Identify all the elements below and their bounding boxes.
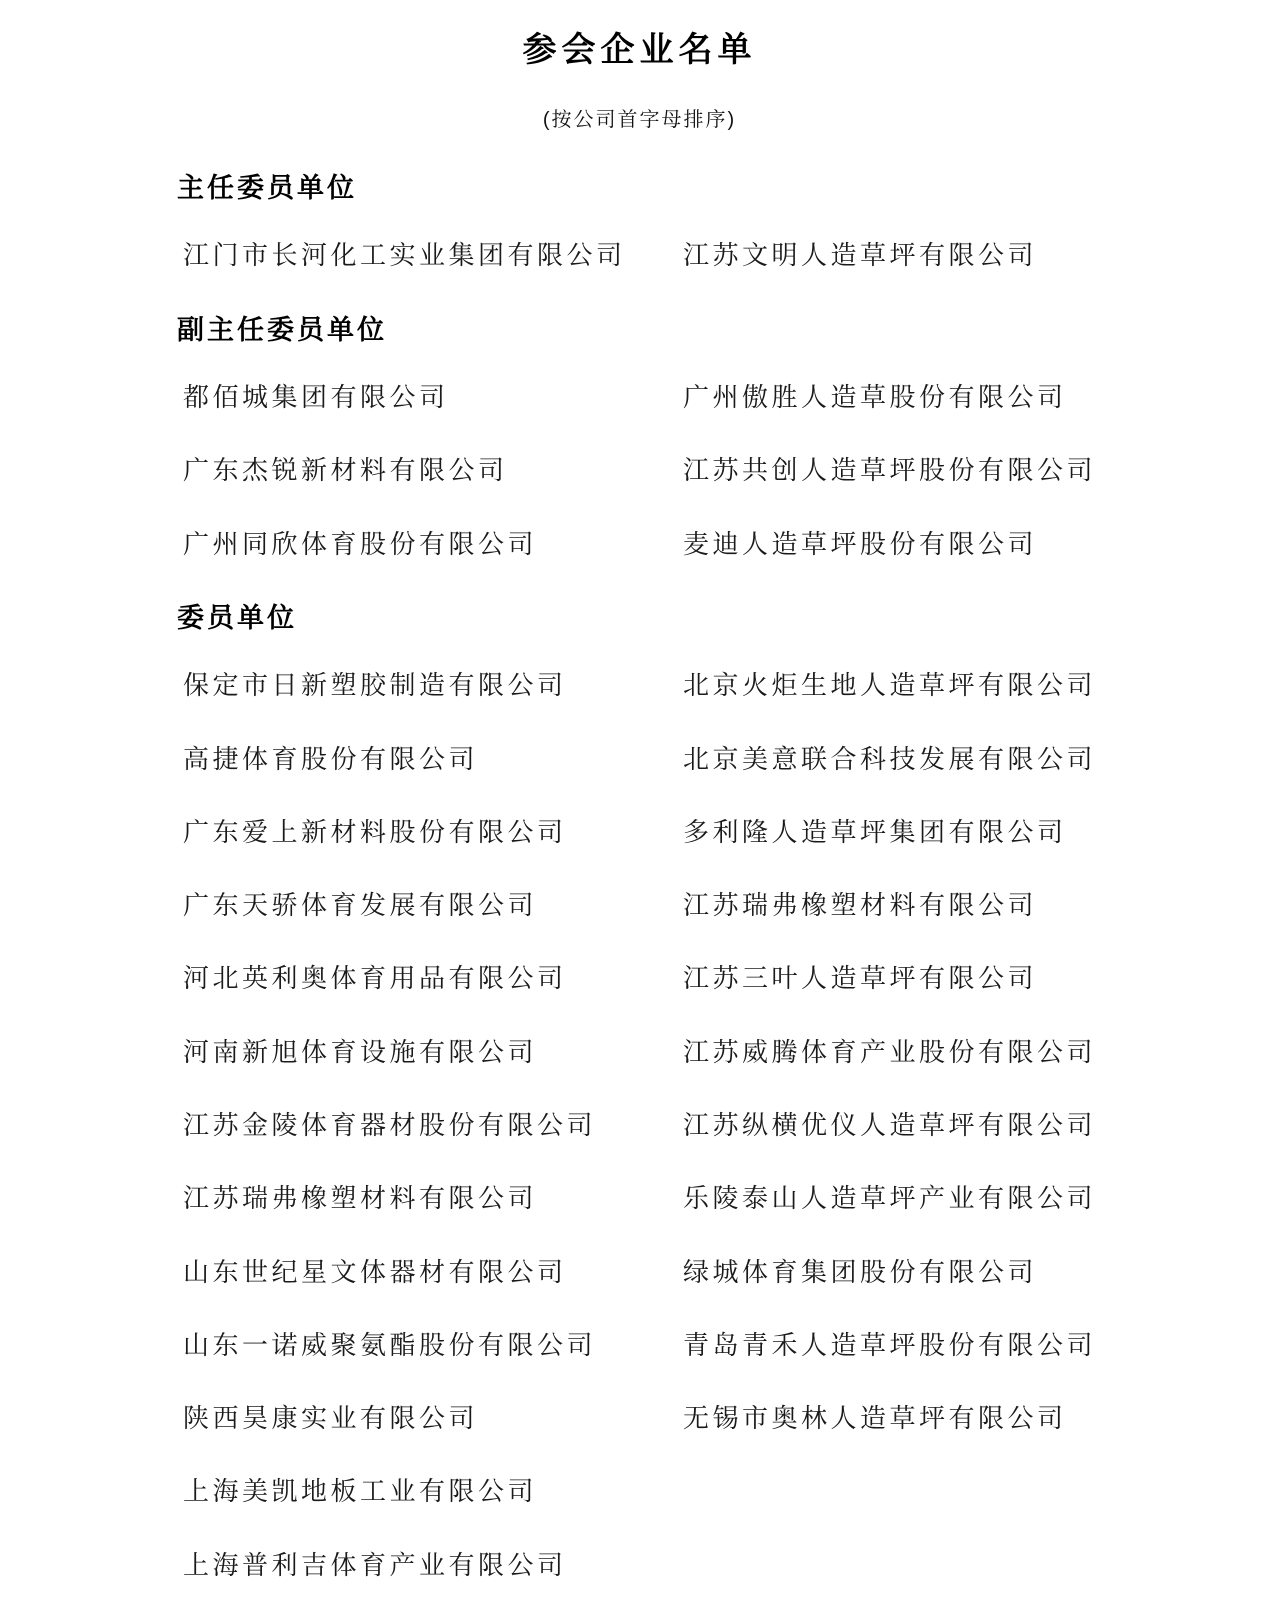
company-right: 多利隆人造草坪集团有限公司 <box>683 819 1279 846</box>
company-left: 河南新旭体育设施有限公司 <box>183 1039 683 1066</box>
page-subtitle: (按公司首字母排序) <box>0 103 1279 132</box>
company-right <box>683 1552 1279 1579</box>
section-heading: 委员单位 <box>177 604 1279 632</box>
section: 委员单位 保定市日新塑胶制造有限公司 北京火炬生地人造草坪有限公司 高捷体育股份… <box>0 604 1279 1579</box>
company-right: 江苏文明人造草坪有限公司 <box>683 242 1279 269</box>
company-right: 江苏纵横优仪人造草坪有限公司 <box>683 1112 1279 1139</box>
section-rows: 都佰城集团有限公司 广州傲胜人造草股份有限公司 广东杰锐新材料有限公司 江苏共创… <box>0 384 1279 558</box>
company-left: 广东天骄体育发展有限公司 <box>183 892 683 919</box>
document-page: { "page": { "title": "参会企业名单", "subtitle… <box>0 0 1279 1613</box>
table-row: 陕西昊康实业有限公司 无锡市奥林人造草坪有限公司 <box>0 1405 1279 1432</box>
company-left: 广东爱上新材料股份有限公司 <box>183 819 683 846</box>
company-right: 江苏三叶人造草坪有限公司 <box>683 965 1279 992</box>
company-right: 江苏共创人造草坪股份有限公司 <box>683 457 1279 484</box>
section-rows: 保定市日新塑胶制造有限公司 北京火炬生地人造草坪有限公司 高捷体育股份有限公司 … <box>0 672 1279 1579</box>
company-left: 都佰城集团有限公司 <box>183 384 683 411</box>
company-left: 陕西昊康实业有限公司 <box>183 1405 683 1432</box>
company-left: 高捷体育股份有限公司 <box>183 746 683 773</box>
table-row: 河南新旭体育设施有限公司 江苏威腾体育产业股份有限公司 <box>0 1039 1279 1066</box>
company-right: 绿城体育集团股份有限公司 <box>683 1259 1279 1286</box>
table-row: 都佰城集团有限公司 广州傲胜人造草股份有限公司 <box>0 384 1279 411</box>
sections: 主任委员单位 江门市长河化工实业集团有限公司 江苏文明人造草坪有限公司 副主任委… <box>0 174 1279 1579</box>
table-row: 广东天骄体育发展有限公司 江苏瑞弗橡塑材料有限公司 <box>0 892 1279 919</box>
company-right: 无锡市奥林人造草坪有限公司 <box>683 1405 1279 1432</box>
section-rows: 江门市长河化工实业集团有限公司 江苏文明人造草坪有限公司 <box>0 242 1279 269</box>
table-row: 保定市日新塑胶制造有限公司 北京火炬生地人造草坪有限公司 <box>0 672 1279 699</box>
table-row: 广东杰锐新材料有限公司 江苏共创人造草坪股份有限公司 <box>0 457 1279 484</box>
table-row: 江门市长河化工实业集团有限公司 江苏文明人造草坪有限公司 <box>0 242 1279 269</box>
company-left: 江苏金陵体育器材股份有限公司 <box>183 1112 683 1139</box>
section-heading: 副主任委员单位 <box>177 316 1279 344</box>
company-right: 北京火炬生地人造草坪有限公司 <box>683 672 1279 699</box>
company-left: 广东杰锐新材料有限公司 <box>183 457 683 484</box>
company-right: 乐陵泰山人造草坪产业有限公司 <box>683 1185 1279 1212</box>
company-left: 江苏瑞弗橡塑材料有限公司 <box>183 1185 683 1212</box>
company-right <box>683 1478 1279 1505</box>
table-row: 高捷体育股份有限公司 北京美意联合科技发展有限公司 <box>0 746 1279 773</box>
section: 副主任委员单位 都佰城集团有限公司 广州傲胜人造草股份有限公司 广东杰锐新材料有… <box>0 316 1279 558</box>
table-row: 江苏金陵体育器材股份有限公司 江苏纵横优仪人造草坪有限公司 <box>0 1112 1279 1139</box>
company-right: 青岛青禾人造草坪股份有限公司 <box>683 1332 1279 1359</box>
company-left: 山东世纪星文体器材有限公司 <box>183 1259 683 1286</box>
company-left: 广州同欣体育股份有限公司 <box>183 531 683 558</box>
company-right: 北京美意联合科技发展有限公司 <box>683 746 1279 773</box>
company-right: 江苏威腾体育产业股份有限公司 <box>683 1039 1279 1066</box>
table-row: 江苏瑞弗橡塑材料有限公司 乐陵泰山人造草坪产业有限公司 <box>0 1185 1279 1212</box>
company-left: 上海普利吉体育产业有限公司 <box>183 1552 683 1579</box>
company-left: 上海美凯地板工业有限公司 <box>183 1478 683 1505</box>
table-row: 上海美凯地板工业有限公司 <box>0 1478 1279 1505</box>
company-right: 麦迪人造草坪股份有限公司 <box>683 531 1279 558</box>
company-left: 保定市日新塑胶制造有限公司 <box>183 672 683 699</box>
company-right: 江苏瑞弗橡塑材料有限公司 <box>683 892 1279 919</box>
company-left: 江门市长河化工实业集团有限公司 <box>183 242 683 269</box>
company-right: 广州傲胜人造草股份有限公司 <box>683 384 1279 411</box>
section-heading: 主任委员单位 <box>177 174 1279 202</box>
table-row: 山东世纪星文体器材有限公司 绿城体育集团股份有限公司 <box>0 1259 1279 1286</box>
table-row: 上海普利吉体育产业有限公司 <box>0 1552 1279 1579</box>
table-row: 广东爱上新材料股份有限公司 多利隆人造草坪集团有限公司 <box>0 819 1279 846</box>
table-row: 广州同欣体育股份有限公司 麦迪人造草坪股份有限公司 <box>0 531 1279 558</box>
company-left: 山东一诺威聚氨酯股份有限公司 <box>183 1332 683 1359</box>
company-left: 河北英利奥体育用品有限公司 <box>183 965 683 992</box>
section: 主任委员单位 江门市长河化工实业集团有限公司 江苏文明人造草坪有限公司 <box>0 174 1279 270</box>
table-row: 山东一诺威聚氨酯股份有限公司 青岛青禾人造草坪股份有限公司 <box>0 1332 1279 1359</box>
page-title: 参会企业名单 <box>0 0 1279 71</box>
table-row: 河北英利奥体育用品有限公司 江苏三叶人造草坪有限公司 <box>0 965 1279 992</box>
